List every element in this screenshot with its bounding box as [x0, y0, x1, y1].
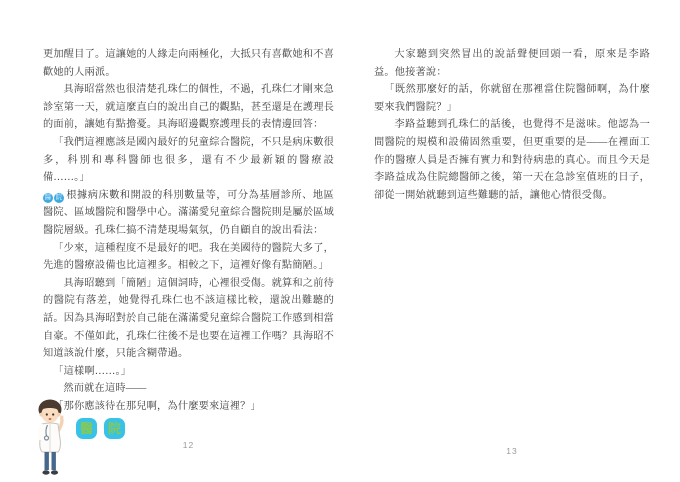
page-number-left: 12	[43, 440, 334, 450]
page-number-right: 13	[374, 446, 650, 456]
hospital-badge-icon: 院	[104, 418, 125, 439]
hospital-badge-icon: 院	[54, 193, 64, 203]
paragraph-dialogue: 「少來，這種程度不是最好的吧。我在美國待的醫院大多了，先進的醫療設備也比這裡多。…	[43, 240, 334, 275]
paragraph: 更加醒目了。這讓她的人緣走向兩極化，大抵只有喜歡她和不喜歡她的人兩派。	[43, 46, 334, 81]
paragraph: 然而就在這時——	[43, 380, 334, 398]
paragraph-text: 根據病床數和開設的科別數量等，可分為基層診所、地區醫院、區域醫院和醫學中心。滿滿…	[43, 190, 334, 236]
right-page: 大家聽到突然冒出的說話聲便回頭一看，原來是李路益。他接著說： 「既然那麼好的話，…	[374, 46, 650, 482]
hospital-title-badges: 醫院	[76, 418, 132, 439]
left-page: 更加醒目了。這讓她的人緣走向兩極化，大抵只有喜歡她和不喜歡她的人兩派。 具海昭當…	[43, 46, 334, 482]
paragraph-dialogue: 「我們這裡應該是國內最好的兒童綜合醫院，不只是病床數很多，科別和專科醫師也很多，…	[43, 134, 334, 187]
paragraph: 李路益聽到孔珠仁的話後，也覺得不是滋味。他認為一間醫院的規模和設備固然重要，但更…	[374, 116, 650, 204]
hospital-badge-icon: 醫	[76, 418, 97, 439]
paragraph: 具海昭聽到「簡陋」這個詞時，心裡很受傷。就算和之前待的醫院有落差，她覺得孔珠仁也…	[43, 275, 334, 363]
paragraph-with-badges: 醫院根據病床數和開設的科別數量等，可分為基層診所、地區醫院、區域醫院和醫學中心。…	[43, 187, 334, 240]
paragraph: 大家聽到突然冒出的說話聲便回頭一看，原來是李路益。他接著說：	[374, 46, 650, 81]
paragraph-dialogue: 「既然那麼好的話，你就留在那裡當住院醫師啊，為什麼要來我們醫院？」	[374, 81, 650, 116]
hospital-badge-icon: 醫	[43, 193, 53, 203]
paragraph-dialogue: 「這樣啊……。」	[43, 363, 334, 381]
paragraph: 具海昭當然也很清楚孔珠仁的個性，不過，孔珠仁才剛來急診室第一天，就這麼直白的說出…	[43, 81, 334, 134]
book-spread: { "left_page": { "paragraphs": { "p1": "…	[0, 0, 680, 482]
